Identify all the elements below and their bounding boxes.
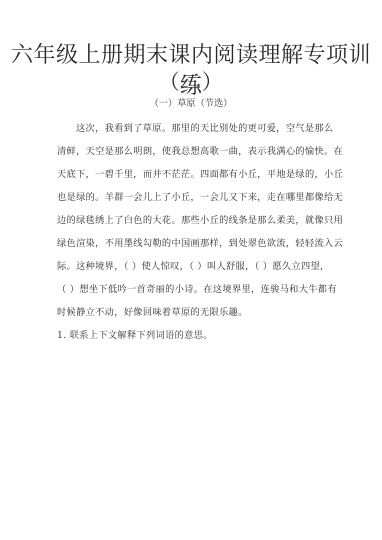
question-1-text: 1. 联系上下文解释下列词语的意思。 xyxy=(57,327,325,341)
passage-line: 这次，我看到了草原。那里的天比别处的更可爱，空气是那么 xyxy=(57,120,344,134)
passage-line: 天底下，一碧千里，而并不茫茫。四面都有小丘，平地是绿的，小丘 xyxy=(57,166,325,180)
passage-line: 清鲜，天空是那么明朗，使我总想高歌一曲，表示我满心的愉快。在 xyxy=(57,143,325,157)
passage-line: 时候静立不动，好像回味着草原的无限乐趣。 xyxy=(57,304,325,318)
section-heading: （一）草原（节选） xyxy=(0,95,382,109)
passage-line: 也是绿的。羊群一会儿上了小丘，一会儿又下来，走在哪里都像给无 xyxy=(57,189,325,203)
passage-line: （ ）想坐下低吟一首奇丽的小诗。在这境界里，连骏马和大牛都有 xyxy=(57,281,325,295)
passage-line: 边的绿毯绣上了白色的大花。那些小丘的线条是那么柔美，就像只用 xyxy=(57,212,325,226)
passage-line: 际。这种境界，（ ）使人惊叹，（ ）叫人舒服，（ ）愿久立四望， xyxy=(57,258,325,272)
document-title-number: （二） xyxy=(0,66,382,96)
passage-line: 绿色渲染，不用墨线勾勒的中国画那样，到处翠色欲流，轻轻流入云 xyxy=(57,235,325,249)
